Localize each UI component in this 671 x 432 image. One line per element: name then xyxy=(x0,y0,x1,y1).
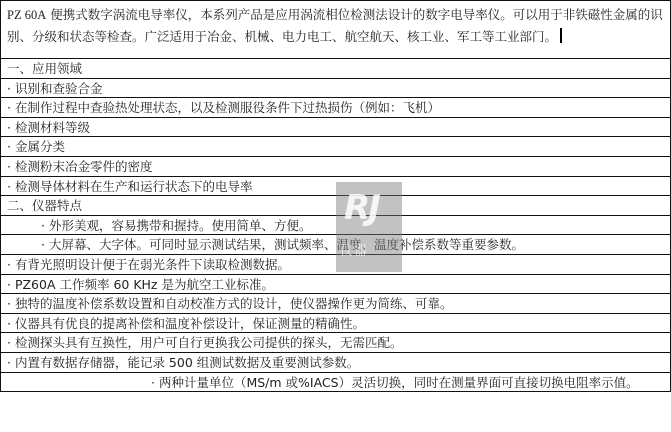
list-item: · 金属分类 xyxy=(1,137,670,157)
watermark-logo-letters: RJ xyxy=(344,188,379,228)
list-item: · 检测粉末冶金零件的密度 xyxy=(1,157,670,177)
list-item: · 两种计量单位（MS/m 或%IACS）灵活切换，同时在测量界面可直接切换电阻… xyxy=(1,373,670,393)
list-item: · PZ60A 工作频率 60 KHz 是为航空工业标准。 xyxy=(1,275,670,295)
model-name: PZ 60A xyxy=(7,8,46,22)
watermark-logo: RJ 仪器 xyxy=(336,182,402,272)
watermark-text: 仪器 xyxy=(340,240,368,259)
list-item: · 检测材料等级 xyxy=(1,118,670,138)
list-item: · 内置有数据存储器，能记录 500 组测试数据及重要测试参数。 xyxy=(1,353,670,373)
intro-text: 便携式数字涡流电导率仪，本系列产品是应用涡流相位检测法设计的数字电导率仪。可以用… xyxy=(7,7,663,44)
intro-paragraph[interactable]: PZ 60A 便携式数字涡流电导率仪，本系列产品是应用涡流相位检测法设计的数字电… xyxy=(1,1,670,59)
list-item: · 检测探头具有互换性，用户可自行更换我公司提供的探头，无需匹配。 xyxy=(1,333,670,353)
list-item: · 在制作过程中查验热处理状态，以及检测服役条件下过热损伤（例如：飞机） xyxy=(1,98,670,118)
text-cursor xyxy=(560,28,562,43)
list-item: · 独特的温度补偿系数设置和自动校准方式的设计，使仪器操作更为简练、可靠。 xyxy=(1,294,670,314)
list-item: · 识别和查验合金 xyxy=(1,79,670,99)
list-item: · 仪器具有优良的提离补偿和温度补偿设计，保证测量的精确性。 xyxy=(1,314,670,334)
section-heading-applications: 一、应用领域 xyxy=(1,59,670,79)
